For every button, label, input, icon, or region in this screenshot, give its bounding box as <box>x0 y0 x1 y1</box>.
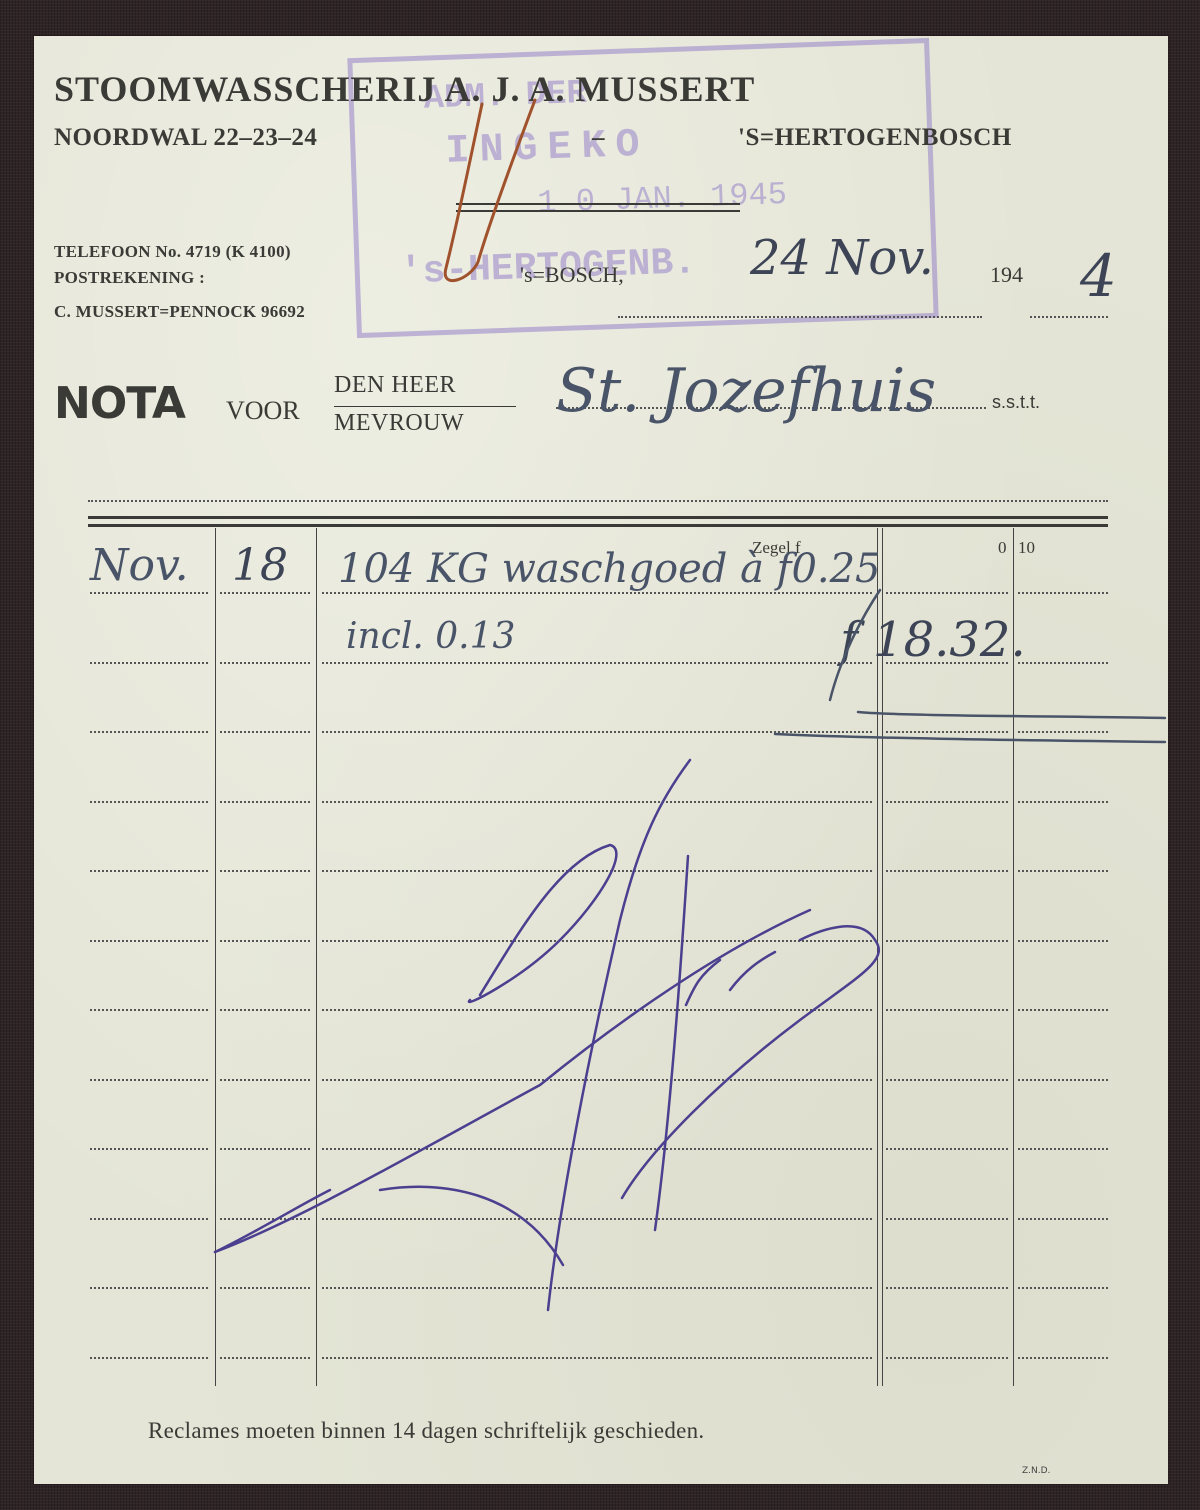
total-underline <box>775 590 1165 742</box>
ink-strokes <box>0 0 1200 1510</box>
red-checkmark-icon <box>445 100 535 281</box>
signature-icon <box>215 760 879 1310</box>
